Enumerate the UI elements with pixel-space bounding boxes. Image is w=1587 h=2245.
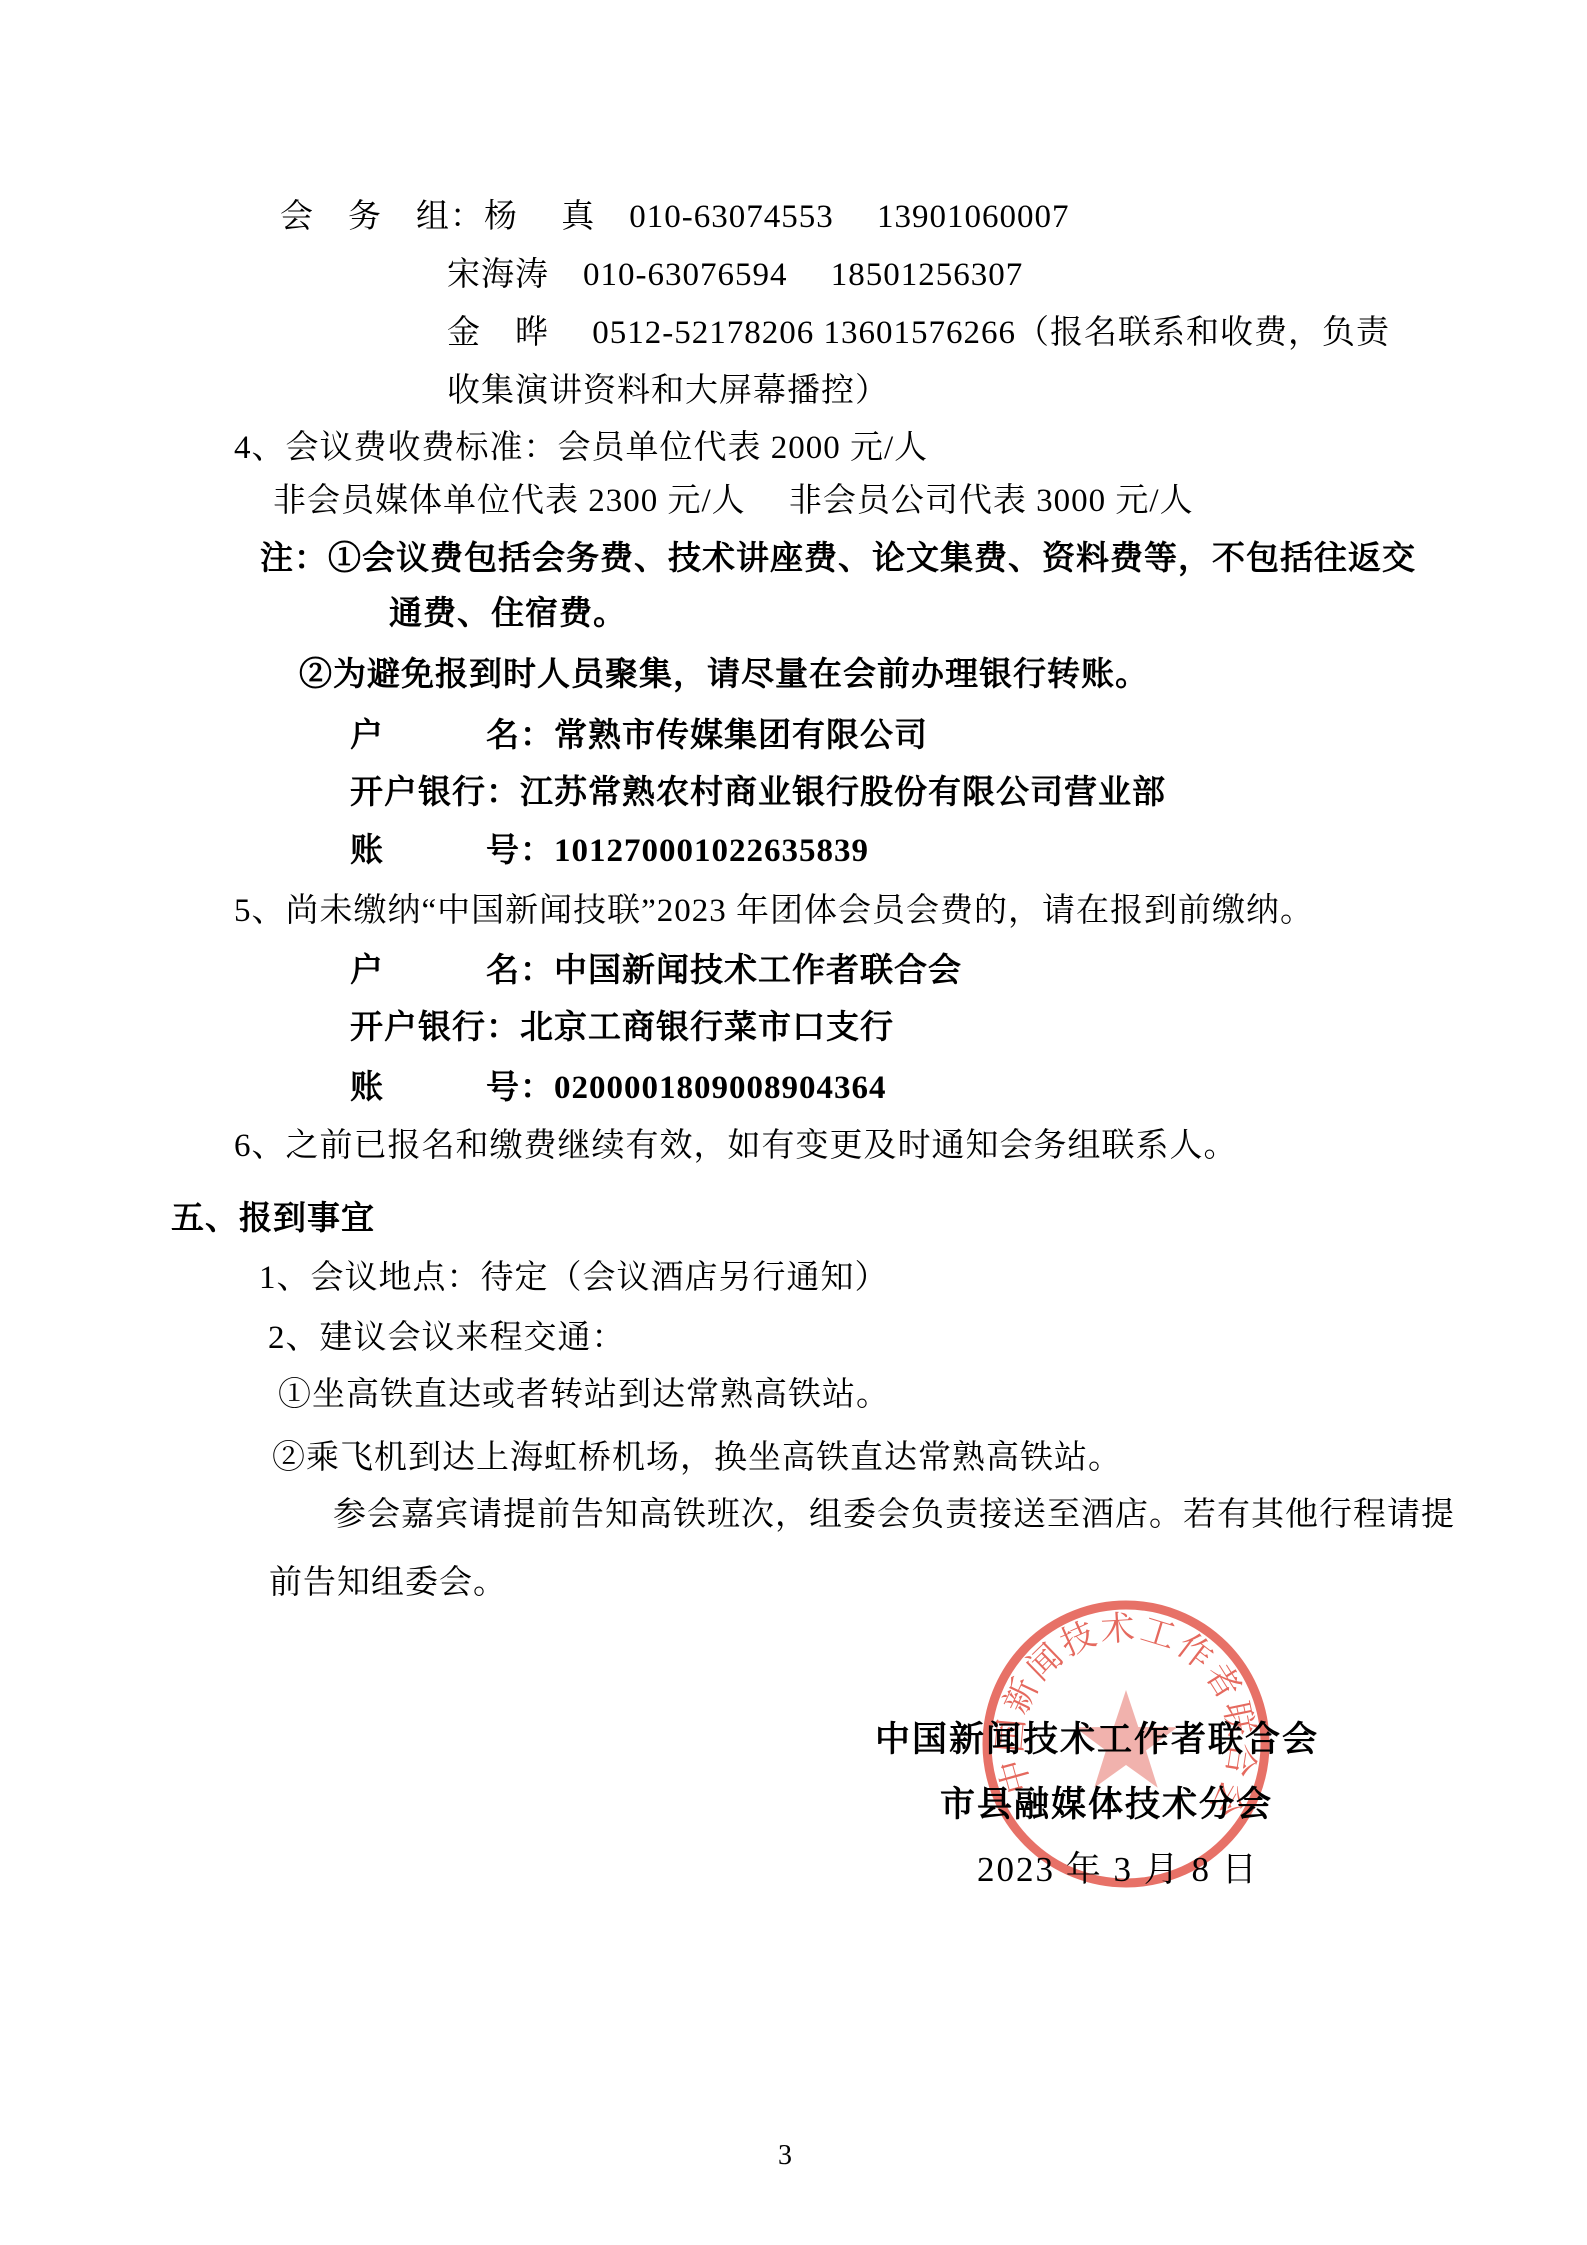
text-line: ②乘飞机到达上海虹桥机场，换坐高铁直达常熟高铁站。 [272,1437,1122,1479]
text-line: 2、建议会议来程交通： [268,1317,626,1359]
text-line: 通费、住宿费。 [389,593,627,635]
text-line: 账 号：101270001022635839 [350,830,869,872]
text-line: 五、报到事宜 [171,1198,375,1240]
text-line: 收集演讲资料和大屏幕播控） [447,370,889,412]
text-line: 开户银行：北京工商银行菜市口支行 [350,1007,894,1049]
signature-org-line1: 中国新闻技术工作者联合会 [875,1712,1319,1762]
text-line: 非会员媒体单位代表 2300 元/人 非会员公司代表 3000 元/人 [273,480,1194,522]
text-line: 户 名：中国新闻技术工作者联合会 [350,950,962,992]
text-line: ①坐高铁直达或者转站到达常熟高铁站。 [278,1374,890,1416]
signature-org-line2: 市县融媒体技术分会 [940,1777,1273,1827]
text-line: 4、会议费收费标准：会员单位代表 2000 元/人 [234,427,928,469]
text-line: 注：①会议费包括会务费、技术讲座费、论文集费、资料费等，不包括往返交 [260,538,1416,580]
text-line: ②为避免报到时人员聚集，请尽量在会前办理银行转账。 [299,654,1149,696]
text-line: 前告知组委会。 [269,1562,507,1604]
document-page: 会 务 组：杨 真 010-63074553 13901060007宋海涛 01… [0,0,1587,2245]
text-line: 会 务 组：杨 真 010-63074553 13901060007 [280,196,1070,238]
text-line: 5、尚未缴纳“中国新闻技联”2023 年团体会员会费的，请在报到前缴纳。 [234,890,1314,932]
text-line: 参会嘉宾请提前告知高铁班次，组委会负责接送至酒店。若有其他行程请提 [333,1494,1455,1536]
text-line: 户 名：常熟市传媒集团有限公司 [350,715,928,757]
text-line: 开户银行：江苏常熟农村商业银行股份有限公司营业部 [350,772,1166,814]
text-line: 账 号：0200001809008904364 [350,1067,887,1109]
text-line: 金 晔 0512-52178206 13601576266（报名联系和收费，负责 [447,312,1390,354]
signature-date: 2023 年 3 月 8 日 [977,1842,1259,1892]
text-line: 1、会议地点：待定（会议酒店另行通知） [259,1257,889,1299]
text-line: 宋海涛 010-63076594 18501256307 [447,254,1023,296]
text-line: 6、之前已报名和缴费继续有效，如有变更及时通知会务组联系人。 [234,1125,1238,1167]
page-number: 3 [778,2140,792,2172]
